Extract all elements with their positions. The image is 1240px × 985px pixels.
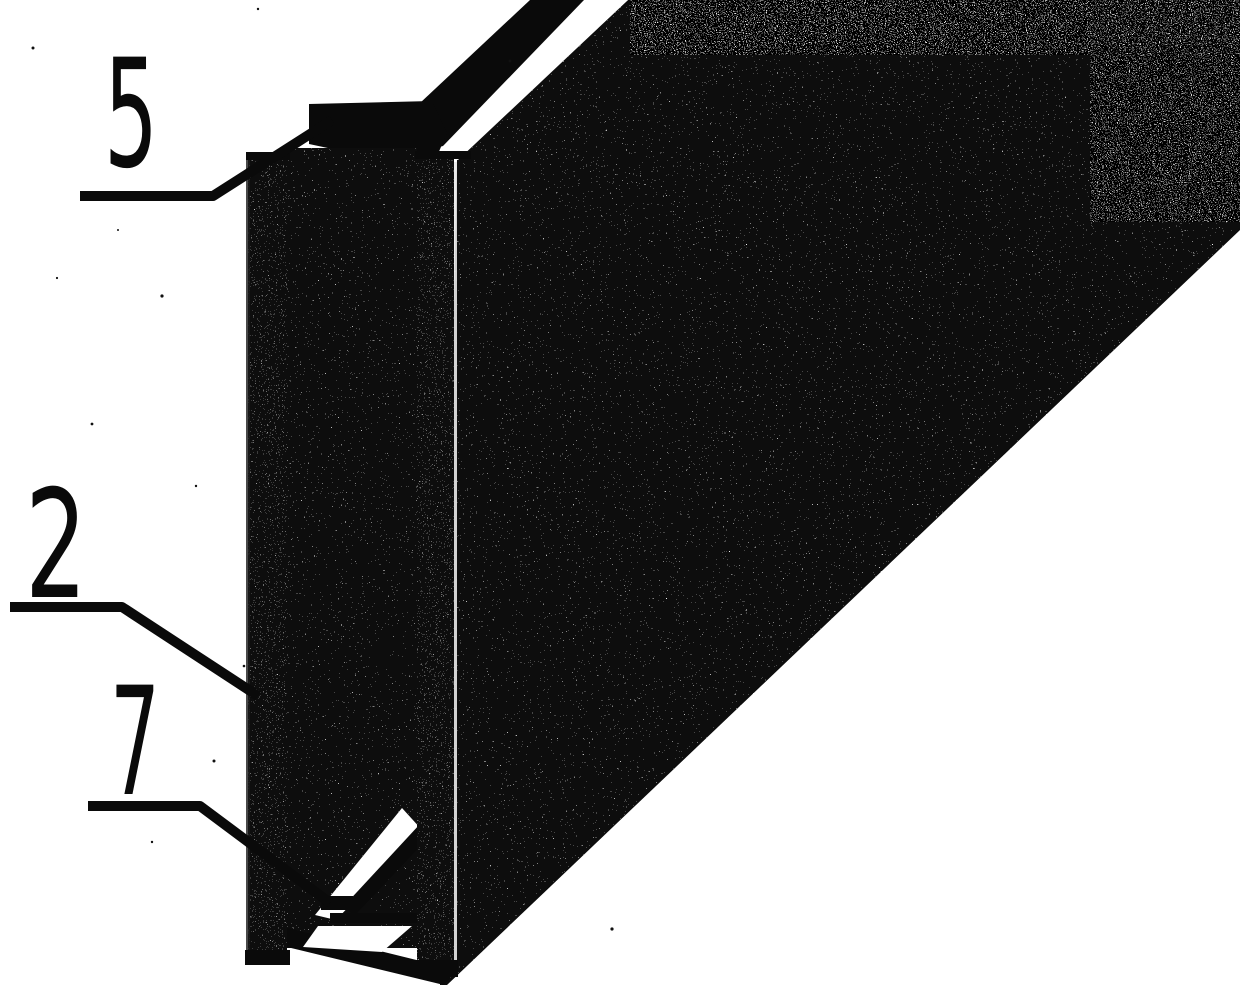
reference-numeral-5: 5 xyxy=(104,28,158,202)
front-sheet-bottom-edge xyxy=(245,950,290,965)
back-sheet-top-edge xyxy=(415,151,471,159)
back-sheet-end-face xyxy=(417,153,454,965)
scan-noise-corner xyxy=(1090,0,1240,222)
back-sheet-bottom-edge xyxy=(413,960,458,977)
front-sheet-end-face xyxy=(248,155,287,955)
front-sheet-left-edge xyxy=(246,157,250,953)
patent-figure: 5 2 7 xyxy=(0,0,1240,985)
reference-numeral-7: 7 xyxy=(110,656,160,830)
bottom-spacer-bar xyxy=(330,913,420,923)
sheet-panel-seam xyxy=(454,162,457,960)
reference-numeral-2: 2 xyxy=(25,459,87,633)
figure-canvas: 5 2 7 xyxy=(0,0,1240,985)
